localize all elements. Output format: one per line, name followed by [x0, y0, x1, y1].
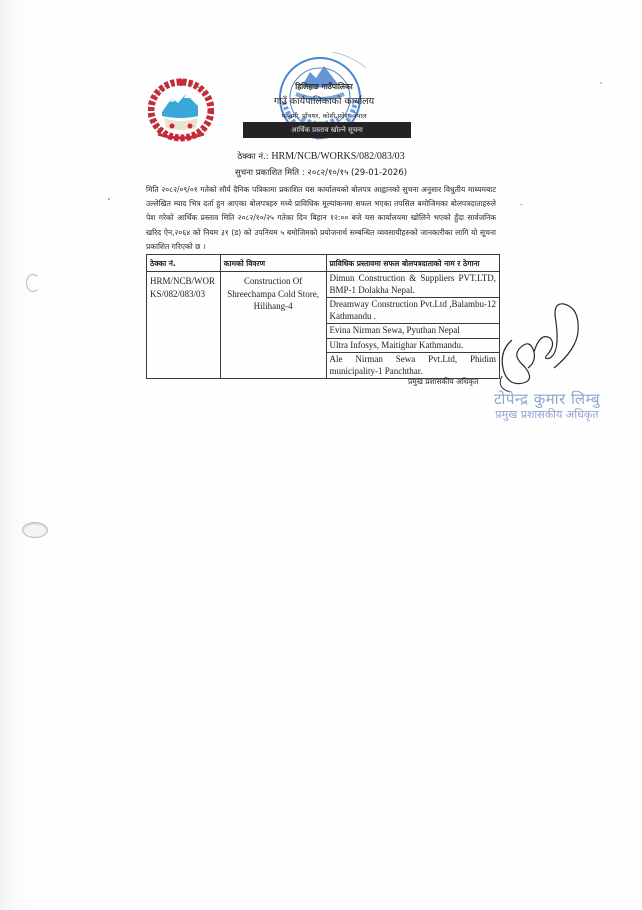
- signatory-title: प्रमुख प्रशासकीय अधिकृत: [408, 377, 478, 387]
- scan-speck: [600, 82, 602, 84]
- table-header-row: ठेक्का नं. कामको विवरण प्राविधिक प्रस्ता…: [147, 255, 500, 272]
- published-date-line: सुचना प्रकाशित मिति : २०८२/१०/१५ (29-01-…: [0, 167, 642, 178]
- signatory-stamp-name: टोपेन्द्र कुमार लिम्बु: [472, 390, 622, 408]
- cell-contract-no: HRM/NCB/WORKS/082/083/03: [147, 272, 221, 379]
- scan-speck: [520, 204, 523, 205]
- header-contract-no: ठेक्का नं.: [147, 255, 221, 272]
- published-date-ad: (29-01-2026): [351, 168, 407, 178]
- scan-speck: [108, 198, 110, 200]
- nepal-emblem-icon: [148, 76, 214, 142]
- header-successful-bidders: प्राविधिक प्रस्तावमा सफल बोलपत्रदाताको न…: [326, 255, 499, 272]
- scanned-document-page: हिलिहाङ गाउँपालिका गाउँ कार्यपालिकाको का…: [0, 0, 642, 910]
- bidder-item: Evina Nirman Sewa, Pyuthan Nepal: [327, 324, 499, 339]
- published-date-label: सुचना प्रकाशित मिति :: [235, 168, 307, 178]
- punch-hole-top: [26, 274, 40, 292]
- published-date-bs: २०८२/१०/१५: [307, 168, 348, 178]
- bidder-item: Ultra Infosys, Maitighar Kathmandu.: [327, 339, 499, 354]
- contract-number-label: ठेक्का नं.:: [237, 152, 271, 162]
- office-header: हिलिहाङ गाउँपालिका गाउँ कार्यपालिकाको का…: [236, 82, 412, 120]
- office-name-line1: हिलिहाङ गाउँपालिका: [236, 82, 412, 92]
- signatory-stamp-title: प्रमुख प्रशासकीय अधिकृत: [472, 408, 622, 422]
- punch-hole-bottom: [22, 522, 48, 538]
- cell-bidders: Dimun Construction & Suppliers PVT.LTD, …: [326, 272, 499, 379]
- table-row: HRM/NCB/WORKS/082/083/03 Construction Of…: [147, 272, 500, 379]
- header-work-description: कामको विवरण: [220, 255, 326, 272]
- notice-title-bar: आर्थिक प्रस्ताव खोल्ने सूचना: [243, 122, 411, 138]
- cell-work-description: Construction Of Shreechampa Cold Store, …: [220, 272, 326, 379]
- notice-body-paragraph: मिति २०८२/०९/०१ गतेको सौर्य दैनिक पत्रिक…: [146, 183, 496, 254]
- contract-number-value: HRM/NCB/WORKS/082/083/03: [271, 151, 404, 162]
- bidder-item: Ale Nirman Sewa Pvt.Ltd, Phidim municipa…: [327, 353, 499, 378]
- contract-number-line: ठेक्का नं.: HRM/NCB/WORKS/082/083/03: [0, 151, 642, 162]
- signatory-name-stamp: टोपेन्द्र कुमार लिम्बु प्रमुख प्रशासकीय …: [472, 390, 622, 422]
- bidder-item: Dimun Construction & Suppliers PVT.LTD, …: [327, 272, 499, 298]
- handwritten-signature-icon: [490, 292, 590, 402]
- tender-table: ठेक्का नं. कामको विवरण प्राविधिक प्रस्ता…: [146, 254, 500, 379]
- contract-no-text: HRM/NCB/WORKS/082/083/03: [150, 275, 217, 300]
- office-name-line2: गाउँ कार्यपालिकाको कार्यालय: [236, 94, 412, 107]
- office-address: पञ्चमी, पाँचथर, कोशी प्रदेश, नेपाल: [236, 111, 412, 120]
- bidder-item: Dreamway Construction Pvt.Ltd ,Balambu-1…: [327, 298, 499, 324]
